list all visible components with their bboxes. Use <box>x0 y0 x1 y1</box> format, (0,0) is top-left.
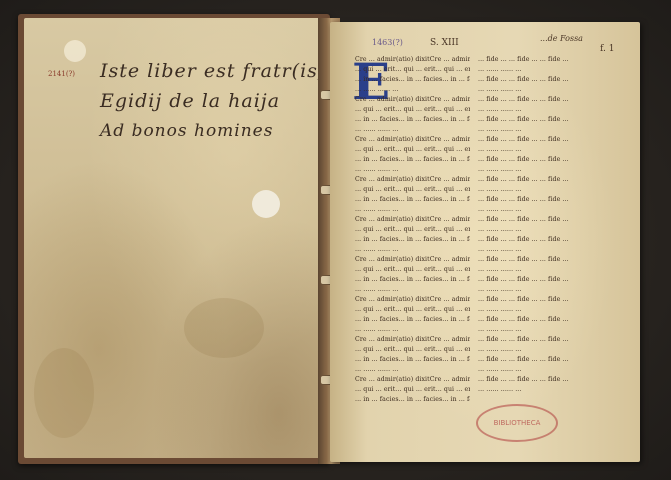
round-label <box>252 190 280 218</box>
text-line: ... ...... ...... ... <box>478 225 598 235</box>
text-line: ... in ... facies... in ... facies... in… <box>355 355 470 365</box>
text-line: ... in ... facies... in ... facies... in… <box>355 315 470 325</box>
text-line: ... qui ... erit... qui ... erit... qui … <box>355 225 470 235</box>
text-line: Cre ... admir(atio) dixitCre ... admir(a… <box>355 135 470 145</box>
text-line: ... fide ... ... fide ... ... fide ... <box>478 115 598 125</box>
text-line: ... in ... facies... in ... facies... in… <box>355 195 470 205</box>
text-line: ... qui ... erit... qui ... erit... qui … <box>355 65 470 75</box>
text-line: ... in ... facies... in ... facies... in… <box>355 155 470 165</box>
text-line: ... ...... ...... ... <box>478 125 598 135</box>
shelfmark: 2141(?) <box>48 70 75 78</box>
text-line: ... in ... facies... in ... facies... in… <box>355 395 470 405</box>
text-line: Cre ... admir(atio) dixitCre ... admir(a… <box>355 335 470 345</box>
text-line: ... ...... ...... ... <box>355 205 470 215</box>
text-line: ... fide ... ... fide ... ... fide ... <box>478 295 598 305</box>
text-line: ... ...... ...... ... <box>478 345 598 355</box>
inscription-line: Egidij de la haija <box>100 86 320 116</box>
text-line: ... ...... ...... ... <box>355 125 470 135</box>
stain <box>184 298 264 358</box>
text-line: ... ...... ...... ... <box>355 365 470 375</box>
text-line: Cre ... admir(atio) dixitCre ... admir(a… <box>355 55 470 65</box>
text-line: ... fide ... ... fide ... ... fide ... <box>478 255 598 265</box>
text-line: ... ...... ...... ... <box>478 145 598 155</box>
text-line: ... fide ... ... fide ... ... fide ... <box>478 155 598 165</box>
text-line: ... in ... facies... in ... facies... in… <box>355 275 470 285</box>
text-line: ... ...... ...... ... <box>478 65 598 75</box>
header-annotation: ...de Fossa <box>540 34 583 43</box>
text-line: ... ...... ...... ... <box>478 265 598 275</box>
text-line: ... qui ... erit... qui ... erit... qui … <box>355 385 470 395</box>
text-line: ... ...... ...... ... <box>478 245 598 255</box>
text-line: ... qui ... erit... qui ... erit... qui … <box>355 305 470 315</box>
text-line: ... ...... ...... ... <box>478 105 598 115</box>
text-line: ... fide ... ... fide ... ... fide ... <box>478 75 598 85</box>
text-line: ... ...... ...... ... <box>478 165 598 175</box>
text-line: ... ...... ...... ... <box>355 165 470 175</box>
text-line: ... qui ... erit... qui ... erit... qui … <box>355 265 470 275</box>
text-line: ... qui ... erit... qui ... erit... qui … <box>355 145 470 155</box>
text-line: Cre ... admir(atio) dixitCre ... admir(a… <box>355 295 470 305</box>
text-line: ... fide ... ... fide ... ... fide ... <box>478 95 598 105</box>
text-line: ... in ... facies... in ... facies... in… <box>355 235 470 245</box>
ownership-inscription: Iste liber est fratr(is) Egidij de la ha… <box>100 56 320 146</box>
text-line: ... fide ... ... fide ... ... fide ... <box>478 335 598 345</box>
text-line: ... ...... ...... ... <box>478 325 598 335</box>
text-line: ... ...... ...... ... <box>478 185 598 195</box>
text-line: ... ...... ...... ... <box>478 285 598 295</box>
text-line: ... ...... ...... ... <box>355 325 470 335</box>
text-line: ... ...... ...... ... <box>478 385 598 395</box>
text-line: ... ...... ...... ... <box>478 305 598 315</box>
text-line: ... fide ... ... fide ... ... fide ... <box>478 195 598 205</box>
text-line: Cre ... admir(atio) dixitCre ... admir(a… <box>355 375 470 385</box>
text-line: ... fide ... ... fide ... ... fide ... <box>478 235 598 245</box>
text-line: Cre ... admir(atio) dixitCre ... admir(a… <box>355 95 470 105</box>
century-note: S. XIII <box>430 38 459 48</box>
text-line: ... in ... facies... in ... facies... in… <box>355 75 470 85</box>
text-line: ... fide ... ... fide ... ... fide ... <box>478 355 598 365</box>
text-line: ... ...... ...... ... <box>355 85 470 95</box>
text-line: ... ...... ...... ... <box>478 365 598 375</box>
text-line: Cre ... admir(atio) dixitCre ... admir(a… <box>355 175 470 185</box>
text-line: Cre ... admir(atio) dixitCre ... admir(a… <box>355 215 470 225</box>
text-line: ... fide ... ... fide ... ... fide ... <box>478 275 598 285</box>
inscription-line: Ad bonos homines <box>100 116 320 146</box>
text-line: ... qui ... erit... qui ... erit... qui … <box>355 185 470 195</box>
stain <box>64 40 86 62</box>
text-line: ... qui ... erit... qui ... erit... qui … <box>355 345 470 355</box>
text-line: ... qui ... erit... qui ... erit... qui … <box>355 105 470 115</box>
text-line: ... ...... ...... ... <box>478 205 598 215</box>
library-stamp: BIBLIOTHECA <box>476 404 558 442</box>
text-line: ... in ... facies... in ... facies... in… <box>355 115 470 125</box>
text-column-a: Cre ... admir(atio) dixitCre ... admir(a… <box>355 55 470 405</box>
text-line: ... fide ... ... fide ... ... fide ... <box>478 175 598 185</box>
text-line: ... fide ... ... fide ... ... fide ... <box>478 215 598 225</box>
text-line: ... ...... ...... ... <box>478 85 598 95</box>
stain <box>34 348 94 438</box>
text-line: ... fide ... ... fide ... ... fide ... <box>478 375 598 385</box>
folio-number: f. 1 <box>600 44 614 54</box>
pencil-number: 1463(?) <box>372 38 403 47</box>
inscription-line: Iste liber est fratr(is) <box>100 56 320 86</box>
text-line: Cre ... admir(atio) dixitCre ... admir(a… <box>355 255 470 265</box>
text-line: ... fide ... ... fide ... ... fide ... <box>478 315 598 325</box>
text-column-b: ... fide ... ... fide ... ... fide ... .… <box>478 55 598 400</box>
text-line: ... ...... ...... ... <box>355 285 470 295</box>
text-line: ... fide ... ... fide ... ... fide ... <box>478 135 598 145</box>
text-line: ... ...... ...... ... <box>355 245 470 255</box>
text-line: ... fide ... ... fide ... ... fide ... <box>478 55 598 65</box>
